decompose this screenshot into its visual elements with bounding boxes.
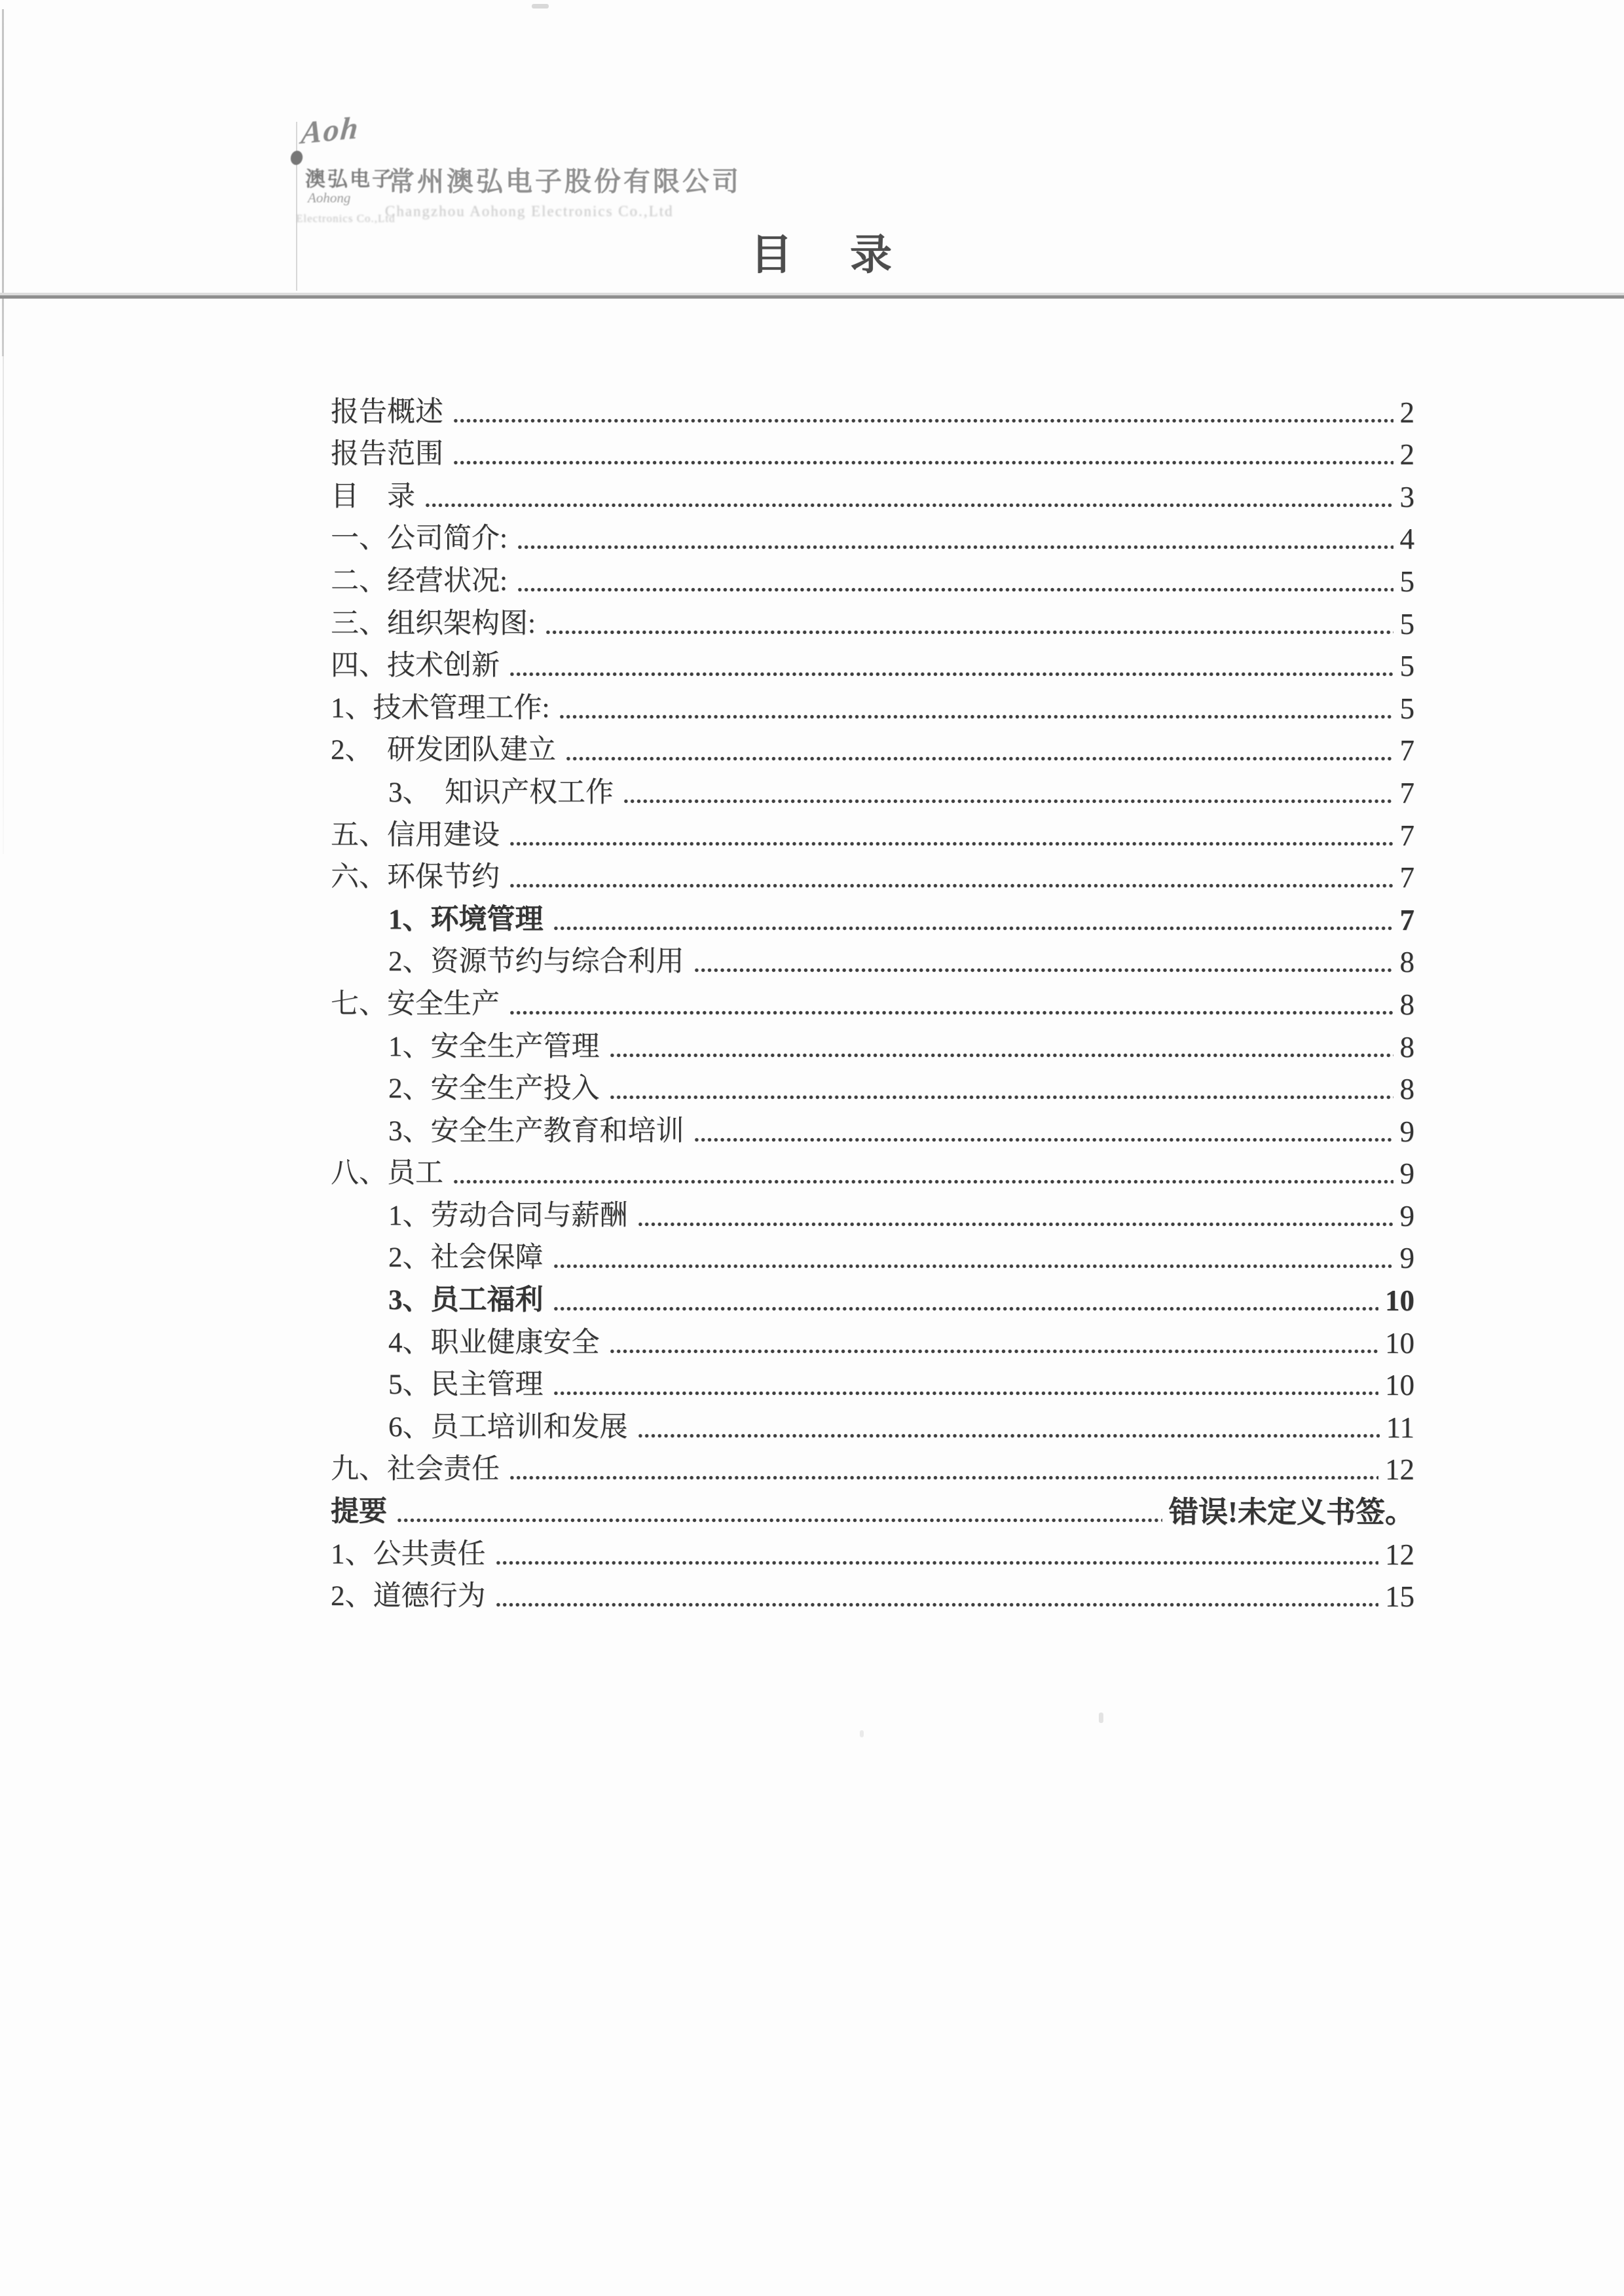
toc-entry[interactable]: 七、安全生产8 — [331, 980, 1414, 1022]
toc-dotted-leader — [452, 395, 1393, 430]
toc-page-number: 2 — [1400, 395, 1415, 430]
toc-page-number: 4 — [1400, 521, 1415, 557]
toc-entry-label: 六、环保节约 — [331, 860, 500, 895]
toc-dotted-leader — [424, 479, 1393, 515]
document-page: Aoh 澳弘电子 Aohong Electronics Co.,Ltd 常州澳弘… — [0, 0, 1624, 2296]
toc-entry[interactable]: 3、安全生产教育和培训9 — [331, 1107, 1414, 1149]
logo-pinyin-text: Aohong — [308, 190, 350, 206]
scan-speck — [532, 4, 549, 9]
toc-page-number: 7 — [1400, 775, 1415, 811]
toc-entry[interactable]: 五、信用建设7 — [331, 811, 1414, 853]
toc-dotted-leader — [693, 1114, 1393, 1149]
toc-entry-label: 3、员工福利 — [388, 1283, 544, 1318]
toc-entry-label: 八、员工 — [331, 1156, 443, 1191]
toc-dotted-leader — [495, 1537, 1379, 1572]
company-name-en: Changzhou Aohong Electronics Co.,Ltd — [385, 203, 674, 220]
toc-entry-label: 2、道德行为 — [331, 1579, 486, 1614]
toc-dotted-leader — [553, 902, 1393, 938]
toc-entry[interactable]: 2、 研发团队建立7 — [331, 726, 1414, 769]
toc-dotted-leader — [637, 1198, 1393, 1234]
toc-page-number: 8 — [1400, 1029, 1415, 1065]
toc-entry[interactable]: 2、社会保障9 — [331, 1234, 1414, 1276]
toc-entry[interactable]: 八、员工9 — [331, 1149, 1414, 1192]
toc-entry-label: 2、安全生产投入 — [388, 1071, 600, 1107]
toc-entry-label: 二、经营状况: — [331, 564, 507, 599]
scan-edge-line — [2, 9, 4, 356]
toc-dotted-leader — [495, 1579, 1379, 1614]
toc-entry-label: 5、民主管理 — [388, 1367, 544, 1403]
toc-entry[interactable]: 6、员工培训和发展11 — [331, 1403, 1414, 1445]
toc-entry-label: 报告概述 — [331, 395, 443, 430]
toc-entry-label: 四、技术创新 — [331, 648, 500, 684]
toc-entry[interactable]: 提要错误!未定义书签。 — [331, 1487, 1414, 1530]
toc-entry[interactable]: 目 录3 — [331, 472, 1414, 515]
toc-page-number: 5 — [1400, 691, 1415, 726]
toc-page-number: 5 — [1400, 606, 1415, 642]
toc-entry-label: 6、员工培训和发展 — [388, 1410, 628, 1445]
toc-entry-label: 2、社会保障 — [388, 1240, 544, 1276]
toc-dotted-leader — [517, 564, 1393, 599]
toc-dotted-leader — [553, 1367, 1379, 1403]
toc-entry-label: 1、环境管理 — [388, 902, 544, 938]
toc-entry[interactable]: 1、环境管理7 — [331, 895, 1414, 938]
toc-dotted-leader — [509, 818, 1393, 853]
toc-entry-label: 目 录 — [331, 479, 415, 515]
toc-dotted-leader — [509, 1452, 1378, 1487]
toc-page-number: 7 — [1400, 818, 1415, 853]
toc-dotted-leader — [452, 437, 1393, 472]
toc-entry-label: 三、组织架构图: — [331, 606, 536, 642]
toc-entry[interactable]: 1、技术管理工作:5 — [331, 684, 1414, 726]
toc-page-number: 5 — [1400, 648, 1415, 684]
page-title: 目 录 — [13, 221, 1624, 282]
toc-page-number: 5 — [1400, 564, 1415, 599]
toc-entry[interactable]: 4、职业健康安全10 — [331, 1318, 1414, 1361]
toc-page-number: 8 — [1400, 987, 1415, 1022]
toc-entry-label: 提要 — [331, 1494, 387, 1530]
toc-entry[interactable]: 六、环保节约7 — [331, 853, 1414, 896]
toc-entry[interactable]: 2、道德行为15 — [331, 1572, 1414, 1615]
toc-dotted-leader — [609, 1029, 1393, 1065]
toc-entry[interactable]: 九、社会责任12 — [331, 1445, 1414, 1488]
toc-entry[interactable]: 一、公司简介:4 — [331, 515, 1414, 557]
toc-entry-label: 2、资源节约与综合利用 — [388, 944, 684, 980]
toc-page-number: 8 — [1400, 944, 1415, 980]
toc-dotted-leader — [509, 648, 1393, 684]
toc-entry[interactable]: 二、经营状况:5 — [331, 557, 1414, 599]
toc-entry[interactable]: 3、 知识产权工作7 — [331, 768, 1414, 811]
toc-page-number: 10 — [1385, 1283, 1414, 1318]
toc-list: 报告概述2报告范围2目 录3一、公司简介:4二、经营状况:5三、组织架构图:5四… — [331, 388, 1414, 1614]
logo-chinese-text: 澳弘电子 — [305, 162, 394, 192]
toc-page-number: 9 — [1400, 1240, 1415, 1276]
toc-entry-label: 七、安全生产 — [331, 987, 500, 1022]
toc-entry[interactable]: 3、员工福利10 — [331, 1276, 1414, 1318]
toc-page-number: 10 — [1385, 1367, 1414, 1403]
toc-entry-label: 4、职业健康安全 — [388, 1325, 600, 1361]
toc-entry-label: 一、公司简介: — [331, 521, 507, 557]
toc-entry[interactable]: 1、劳动合同与薪酬9 — [331, 1191, 1414, 1234]
toc-dotted-leader — [565, 733, 1393, 768]
toc-entry-label: 2、 研发团队建立 — [331, 733, 556, 768]
scan-speck — [1099, 1713, 1103, 1723]
toc-entry-label: 报告范围 — [331, 437, 443, 472]
toc-entry-label: 3、安全生产教育和培训 — [388, 1114, 684, 1149]
toc-entry[interactable]: 1、公共责任12 — [331, 1530, 1414, 1572]
toc-entry[interactable]: 三、组织架构图:5 — [331, 599, 1414, 642]
scan-speck — [860, 1730, 864, 1737]
toc-entry[interactable]: 报告范围2 — [331, 430, 1414, 473]
toc-page-number: 10 — [1385, 1325, 1414, 1361]
toc-dotted-leader — [553, 1240, 1393, 1276]
logo-dot-icon — [289, 149, 304, 166]
toc-entry-label: 1、技术管理工作: — [331, 691, 549, 726]
toc-dotted-leader — [517, 521, 1393, 557]
toc-entry-label: 1、安全生产管理 — [388, 1029, 600, 1065]
company-name-cn: 常州澳弘电子股份有限公司 — [388, 160, 741, 198]
toc-page-number: 7 — [1400, 860, 1415, 895]
toc-dotted-leader — [637, 1410, 1380, 1445]
toc-dotted-leader — [545, 606, 1393, 642]
toc-page-number: 12 — [1385, 1537, 1414, 1572]
toc-dotted-leader — [623, 775, 1393, 811]
toc-page-number: 2 — [1400, 437, 1415, 472]
toc-entry[interactable]: 1、安全生产管理8 — [331, 1022, 1414, 1065]
toc-page-number: 3 — [1400, 479, 1415, 515]
toc-entry-label: 五、信用建设 — [331, 818, 500, 853]
toc-page-number: 12 — [1385, 1452, 1414, 1487]
toc-entry[interactable]: 报告概述2 — [331, 388, 1414, 430]
toc-dotted-leader — [509, 860, 1393, 895]
toc-dotted-leader — [509, 987, 1393, 1022]
toc-page-number: 15 — [1385, 1579, 1414, 1614]
toc-page-number: 7 — [1400, 902, 1415, 938]
toc-page-number: 错误!未定义书签。 — [1169, 1494, 1414, 1530]
toc-page-number: 8 — [1400, 1071, 1415, 1107]
toc-dotted-leader — [559, 691, 1393, 726]
toc-page-number: 7 — [1400, 733, 1415, 768]
toc-entry[interactable]: 2、安全生产投入8 — [331, 1065, 1414, 1107]
toc-entry-label: 1、公共责任 — [331, 1537, 486, 1572]
toc-entry-label: 1、劳动合同与薪酬 — [388, 1198, 628, 1234]
toc-page-number: 9 — [1400, 1198, 1415, 1234]
scan-edge-line-faint — [3, 356, 4, 854]
toc-page-number: 9 — [1400, 1156, 1415, 1191]
company-logo-icon: Aoh — [300, 110, 361, 151]
toc-dotted-leader — [693, 944, 1393, 980]
toc-dotted-leader — [609, 1071, 1393, 1107]
toc-page-number: 11 — [1386, 1410, 1414, 1445]
toc-dotted-leader — [396, 1494, 1162, 1530]
toc-dotted-leader — [609, 1325, 1379, 1361]
toc-entry-label: 九、社会责任 — [331, 1452, 500, 1487]
toc-dotted-leader — [452, 1156, 1393, 1191]
toc-entry[interactable]: 5、民主管理10 — [331, 1361, 1414, 1403]
toc-dotted-leader — [553, 1283, 1379, 1318]
toc-entry-label: 3、 知识产权工作 — [388, 775, 614, 811]
toc-entry[interactable]: 四、技术创新5 — [331, 642, 1414, 684]
header-rule — [0, 293, 1624, 299]
toc-entry[interactable]: 2、资源节约与综合利用8 — [331, 938, 1414, 980]
toc-page-number: 9 — [1400, 1114, 1415, 1149]
